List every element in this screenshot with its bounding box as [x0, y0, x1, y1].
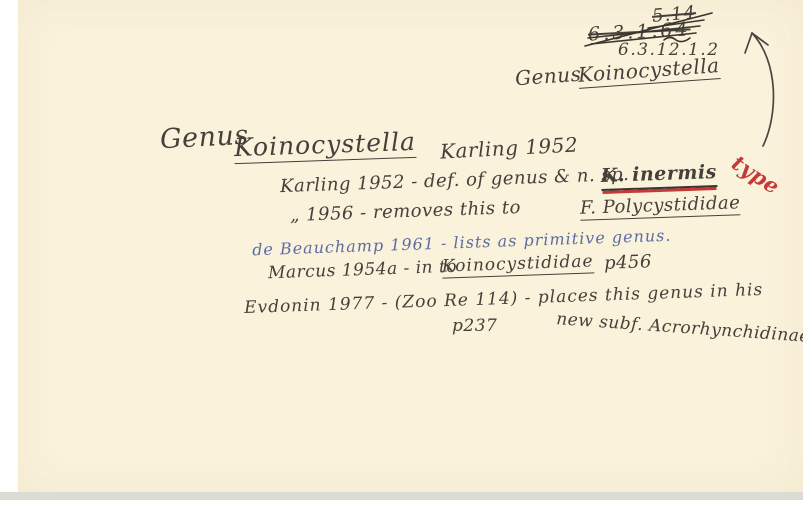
- family-koinocystididae: Koinocystididae: [442, 251, 594, 278]
- note-karling-1956: „ 1956 - removes this to: [290, 197, 522, 226]
- title-author: Karling 1952: [439, 132, 578, 163]
- note-evdonin-continuation: new subf. Acrorhynchidinae: [556, 309, 803, 347]
- scan-edge: [0, 492, 803, 500]
- note-marcus-1954: Marcus 1954a - in to: [268, 257, 458, 284]
- page-ref-237: p237: [452, 316, 497, 336]
- index-card: 5.14 6.3.1.64 6.3.12.1.2 Genus Koinocyst…: [18, 0, 803, 492]
- note-evdonin-1977: Evdonin 1977 - (Zoo Re 114) - places thi…: [244, 280, 764, 318]
- note-karling-1952: Karling 1952 - def. of genus & n. sp.: [280, 164, 630, 197]
- corner-genus-name: Koinocystella: [577, 53, 720, 89]
- page-ref-456: p456: [604, 251, 653, 274]
- corner-genus-label: Genus: [514, 62, 582, 91]
- family-polycystididae: F. Polycystididae: [580, 192, 741, 221]
- title-genus-name: Koinocystella: [234, 127, 417, 164]
- species-name-k-inermis: K. inermis: [601, 161, 718, 191]
